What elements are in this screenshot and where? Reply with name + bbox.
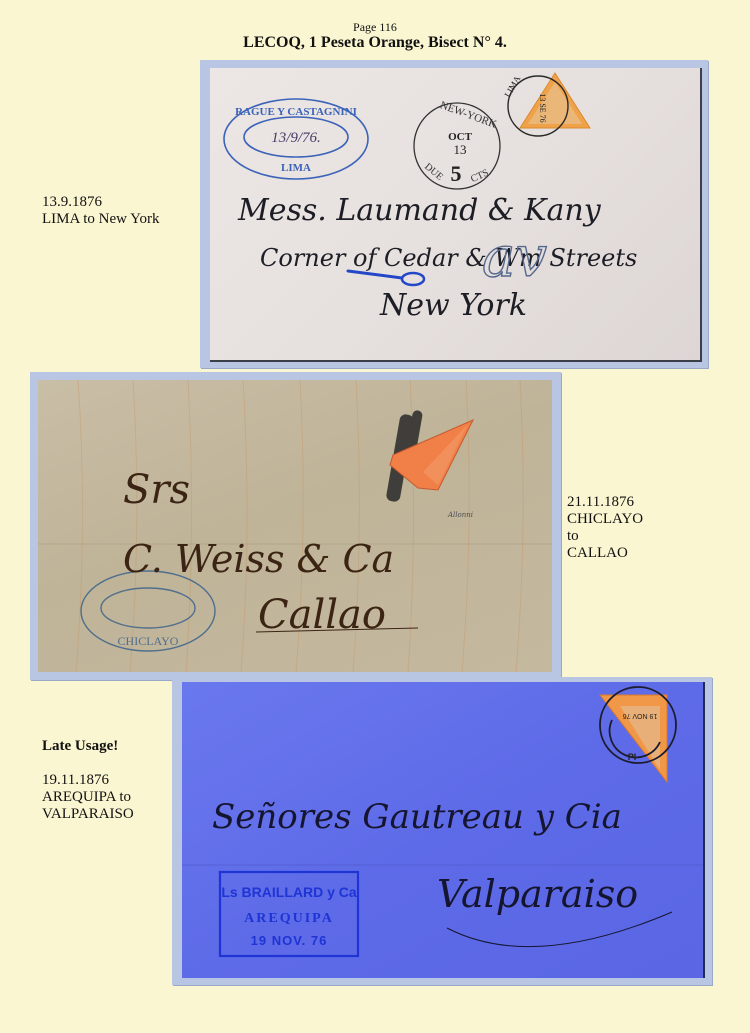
- svg-text:Señores Gautreau y Cia: Señores Gautreau y Cia: [212, 797, 622, 837]
- late-usage-note: Late Usage!: [42, 738, 134, 755]
- cover-2-mount: Allonni CHICLAYO Srs C. Weiss & Ca Calla…: [30, 372, 561, 680]
- svg-text:13 SE 76: 13 SE 76: [538, 93, 547, 122]
- svg-text:Mess. Laumand & Kany: Mess. Laumand & Kany: [237, 193, 602, 228]
- svg-text:AREQUIPA: AREQUIPA: [244, 911, 334, 926]
- cover-2-caption: 21.11.1876 CHICLAYO to CALLAO: [567, 494, 643, 562]
- cover-3-envelope: 19 NOV 76 PI Ls BRAILLARD y Ca AREQUIPA …: [182, 682, 705, 978]
- svg-text:DUE: DUE: [422, 161, 445, 183]
- svg-text:LIMA: LIMA: [502, 74, 522, 99]
- cover-3-mount: 19 NOV 76 PI Ls BRAILLARD y Ca AREQUIPA …: [172, 677, 712, 985]
- expert-signature: Allonni: [447, 511, 473, 519]
- svg-text:New York: New York: [379, 288, 527, 323]
- svg-text:13/9/76.: 13/9/76.: [271, 130, 321, 146]
- svg-text:19 NOV 76: 19 NOV 76: [623, 712, 658, 719]
- cover-1-route: LIMA to New York: [42, 211, 160, 228]
- cover-1-date: 13.9.1876: [42, 194, 160, 211]
- svg-text:5: 5: [451, 161, 462, 186]
- cover-3-artwork: 19 NOV 76 PI Ls BRAILLARD y Ca AREQUIPA …: [182, 682, 703, 978]
- page-title: LECOQ, 1 Peseta Orange, Bisect N° 4.: [0, 34, 750, 52]
- svg-text:Srs: Srs: [123, 467, 190, 513]
- svg-text:av: av: [482, 225, 547, 290]
- cover-2-to: to: [567, 528, 643, 545]
- svg-text:Ls BRAILLARD y Ca: Ls BRAILLARD y Ca: [221, 884, 357, 900]
- svg-text:C. Weiss & Ca: C. Weiss & Ca: [123, 537, 394, 581]
- cover-3-caption: Late Usage! 19.11.1876 AREQUIPA to VALPA…: [42, 738, 134, 823]
- page-number: Page 116: [0, 20, 750, 34]
- svg-text:PI: PI: [628, 752, 637, 762]
- cover-2-destination: CALLAO: [567, 545, 643, 562]
- cover-1-artwork: RAGUE Y CASTAGNINI 13/9/76. LIMA NEW-YOR…: [210, 68, 700, 360]
- cover-3-origin: AREQUIPA to: [42, 789, 134, 806]
- cover-2-date: 21.11.1876: [567, 494, 643, 511]
- cover-2-envelope: Allonni CHICLAYO Srs C. Weiss & Ca Calla…: [38, 380, 552, 672]
- cover-2-origin: CHICLAYO: [567, 511, 643, 528]
- svg-text:LIMA: LIMA: [281, 162, 311, 174]
- svg-text:19 NOV. 76: 19 NOV. 76: [251, 933, 328, 948]
- cover-1-envelope: RAGUE Y CASTAGNINI 13/9/76. LIMA NEW-YOR…: [210, 68, 702, 362]
- cover-1-mount: RAGUE Y CASTAGNINI 13/9/76. LIMA NEW-YOR…: [200, 60, 708, 368]
- svg-text:Corner of Cedar & Wm Streets: Corner of Cedar & Wm Streets: [260, 244, 637, 272]
- svg-text:RAGUE Y CASTAGNINI: RAGUE Y CASTAGNINI: [235, 106, 357, 118]
- svg-text:13: 13: [454, 142, 467, 157]
- cover-1-caption: 13.9.1876 LIMA to New York: [42, 194, 160, 228]
- svg-text:Valparaiso: Valparaiso: [437, 872, 638, 916]
- cover-2-artwork: Allonni CHICLAYO Srs C. Weiss & Ca Calla…: [38, 380, 552, 672]
- cover-3-date: 19.11.1876: [42, 772, 134, 789]
- svg-text:CHICLAYO: CHICLAYO: [118, 634, 179, 648]
- cover-3-destination: VALPARAISO: [42, 806, 134, 823]
